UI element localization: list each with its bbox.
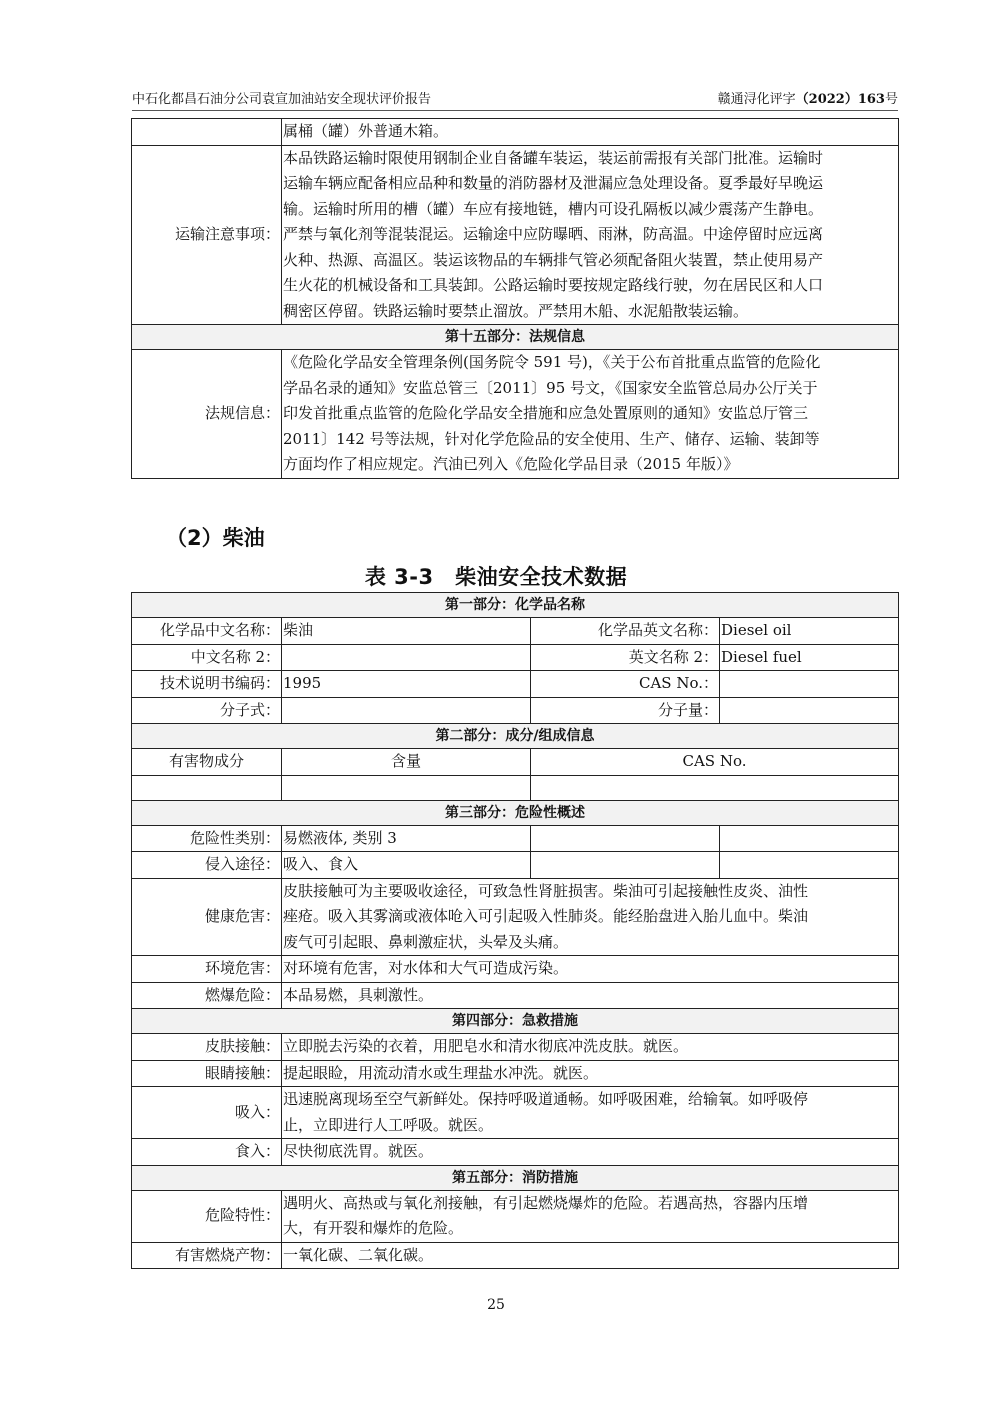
- gasoline-table-continued: 属桶（罐）外普通木箱。 运输注意事项： 本品铁路运输时限使用钢制企业自备罐车装运…: [131, 118, 899, 479]
- row-label: [132, 119, 282, 146]
- section-title: 第三部分：危险性概述: [132, 800, 899, 825]
- table-row: 皮肤接触： 立即脱去污染的衣着，用肥皂水和清水彻底冲洗皮肤。就医。: [132, 1034, 899, 1061]
- text-line: 生火花的机械设备和工具装卸。公路运输时要按规定路线行驶，勿在居民区和人口: [283, 273, 897, 299]
- row-label: 危险特性：: [132, 1190, 282, 1242]
- row-value: 吸入、食入: [282, 852, 531, 879]
- row-value: 对环境有危害，对水体和大气可造成污染。: [282, 956, 899, 983]
- row-label: 危险性类别：: [132, 825, 282, 852]
- row-value: 柴油: [282, 618, 531, 645]
- table-row: 危险特性： 遇明火、高热或与氧化剂接触，有引起燃烧爆炸的危险。若遇高热，容器内压…: [132, 1190, 899, 1242]
- row-label: 环境危害：: [132, 956, 282, 983]
- row-label: 法规信息：: [132, 350, 282, 479]
- text-line: 火种、热源、高温区。装运该物品的车辆排气管必须配备阻火装置，禁止使用易产: [283, 248, 897, 274]
- page-number: 25: [0, 1297, 992, 1313]
- table-row: [132, 775, 899, 800]
- page-header: 中石化都昌石油分公司袁宣加油站安全现状评价报告 赣通浔化评字（2022）163号: [132, 88, 898, 111]
- report-number-prefix: 赣通浔化评字: [718, 92, 796, 107]
- row-value: [720, 671, 899, 698]
- row-label: 有害燃烧产物：: [132, 1242, 282, 1269]
- row-value: 提起眼睑，用流动清水或生理盐水冲洗。就医。: [282, 1060, 899, 1087]
- row-label: 英文名称 2：: [531, 644, 720, 671]
- text-line: 大，有开裂和爆炸的危险。: [283, 1216, 897, 1242]
- transport-notes: 本品铁路运输时限使用钢制企业自备罐车装运，装运前需报有关部门批准。运输时 运输车…: [282, 145, 899, 325]
- row-label: 化学品中文名称：: [132, 618, 282, 645]
- table-row: 环境危害： 对环境有危害，对水体和大气可造成污染。: [132, 956, 899, 983]
- text-line: 学品名录的通知》安监总管三〔2011〕95 号文，《国家安全监管总局办公厅关于: [283, 376, 897, 402]
- text-line: 遇明火、高热或与氧化剂接触，有引起燃烧爆炸的危险。若遇高热，容器内压增: [283, 1191, 897, 1217]
- table-row: 眼睛接触： 提起眼睑，用流动清水或生理盐水冲洗。就医。: [132, 1060, 899, 1087]
- section-title: 第二部分：成分/组成信息: [132, 724, 899, 749]
- text-line: 皮肤接触可为主要吸收途径，可致急性肾脏损害。柴油可引起接触性皮炎、油性: [283, 879, 897, 905]
- row-value: [720, 697, 899, 724]
- text-line: 止，立即进行人工呼吸。就医。: [283, 1113, 897, 1139]
- text-line: 迅速脱离现场至空气新鲜处。保持呼吸道通畅。如呼吸困难，给输氧。如呼吸停: [283, 1087, 897, 1113]
- table-cell: [132, 775, 282, 800]
- section-title: 第十五部分：法规信息: [132, 325, 899, 350]
- row-label: 食入：: [132, 1139, 282, 1166]
- row-label: 眼睛接触：: [132, 1060, 282, 1087]
- row-value: Diesel oil: [720, 618, 899, 645]
- row-label: 分子式：: [132, 697, 282, 724]
- section-title: 第四部分：急救措施: [132, 1009, 899, 1034]
- text-line: 输。运输时所用的槽（罐）车应有接地链，槽内可设孔隔板以减少震荡产生静电。: [283, 197, 897, 223]
- text-line: 《危险化学品安全管理条例(国务院令 591 号)，《关于公布首批重点监管的危险化: [283, 350, 897, 376]
- inhalation-measures: 迅速脱离现场至空气新鲜处。保持呼吸道通畅。如呼吸困难，给输氧。如呼吸停 止，立即…: [282, 1087, 899, 1139]
- row-label: 运输注意事项：: [132, 145, 282, 325]
- row-value: 立即脱去污染的衣着，用肥皂水和清水彻底冲洗皮肤。就医。: [282, 1034, 899, 1061]
- row-value: 本品易燃，具刺激性。: [282, 982, 899, 1009]
- table-row: 技术说明书编码： 1995 CAS No.：: [132, 671, 899, 698]
- table-row: 健康危害： 皮肤接触可为主要吸收途径，可致急性肾脏损害。柴油可引起接触性皮炎、油…: [132, 878, 899, 956]
- row-label: 吸入：: [132, 1087, 282, 1139]
- row-label: 燃爆危险：: [132, 982, 282, 1009]
- table-row: 化学品中文名称： 柴油 化学品英文名称： Diesel oil: [132, 618, 899, 645]
- table-row: 燃爆危险： 本品易燃，具刺激性。: [132, 982, 899, 1009]
- text-line: 方面均作了相应规定。汽油已列入《危险化学品目录（2015 年版）》: [283, 452, 897, 478]
- table-row: 分子式： 分子量：: [132, 697, 899, 724]
- table-header-row: 有害物成分 含量 CAS No.: [132, 749, 899, 776]
- empty-cell: [720, 825, 899, 852]
- text-line: 稠密区停留。铁路运输时要禁止溜放。严禁用木船、水泥船散装运输。: [283, 299, 897, 325]
- section-header-row: 第十五部分：法规信息: [132, 325, 899, 350]
- row-value: 属桶（罐）外普通木箱。: [282, 119, 899, 146]
- row-value: [282, 644, 531, 671]
- column-header: 含量: [282, 749, 531, 776]
- report-title: 中石化都昌石油分公司袁宣加油站安全现状评价报告: [132, 88, 431, 107]
- section-title: 第一部分：化学品名称: [132, 593, 899, 618]
- row-label: 化学品英文名称：: [531, 618, 720, 645]
- table-cell: [531, 775, 899, 800]
- table-caption: 表 3-3 柴油安全技术数据: [0, 561, 992, 591]
- empty-cell: [531, 825, 720, 852]
- table-row: 法规信息： 《危险化学品安全管理条例(国务院令 591 号)，《关于公布首批重点…: [132, 350, 899, 479]
- row-value: 尽快彻底洗胃。就医。: [282, 1139, 899, 1166]
- table-row: 侵入途径： 吸入、食入: [132, 852, 899, 879]
- text-line: 运输车辆应配备相应品种和数量的消防器材及泄漏应急处理设备。夏季最好早晚运: [283, 171, 897, 197]
- row-label: 技术说明书编码：: [132, 671, 282, 698]
- row-value: 易燃液体, 类别 3: [282, 825, 531, 852]
- row-label: 皮肤接触：: [132, 1034, 282, 1061]
- table-cell: [282, 775, 531, 800]
- regulation-info: 《危险化学品安全管理条例(国务院令 591 号)，《关于公布首批重点监管的危险化…: [282, 350, 899, 479]
- row-value: Diesel fuel: [720, 644, 899, 671]
- text-line: 严禁与氧化剂等混装混运。运输途中应防曝晒、雨淋，防高温。中途停留时应远离: [283, 222, 897, 248]
- table-row: 危险性类别： 易燃液体, 类别 3: [132, 825, 899, 852]
- hazard-properties: 遇明火、高热或与氧化剂接触，有引起燃烧爆炸的危险。若遇高热，容器内压增 大，有开…: [282, 1190, 899, 1242]
- section-header-row: 第四部分：急救措施: [132, 1009, 899, 1034]
- table-row: 运输注意事项： 本品铁路运输时限使用钢制企业自备罐车装运，装运前需报有关部门批准…: [132, 145, 899, 325]
- section-header-row: 第五部分：消防措施: [132, 1165, 899, 1190]
- subheading: （2）柴油: [166, 522, 265, 552]
- row-label: 中文名称 2：: [132, 644, 282, 671]
- text-line: 痤疮。吸入其雾滴或液体呛入可引起吸入性肺炎。能经胎盘进入胎儿血中。柴油: [283, 904, 897, 930]
- row-value: 1995: [282, 671, 531, 698]
- section-header-row: 第一部分：化学品名称: [132, 593, 899, 618]
- text-line: 印发首批重点监管的危险化学品安全措施和应急处置原则的通知》安监总厅管三: [283, 401, 897, 427]
- column-header: CAS No.: [531, 749, 899, 776]
- section-title: 第五部分：消防措施: [132, 1165, 899, 1190]
- text-line: 2011〕142 号等法规，针对化学危险品的安全使用、生产、储存、运输、装卸等: [283, 427, 897, 453]
- row-label: 健康危害：: [132, 878, 282, 956]
- table-row: 属桶（罐）外普通木箱。: [132, 119, 899, 146]
- text-line: 本品铁路运输时限使用钢制企业自备罐车装运，装运前需报有关部门批准。运输时: [283, 146, 897, 172]
- column-header: 有害物成分: [132, 749, 282, 776]
- diesel-safety-table: 第一部分：化学品名称 化学品中文名称： 柴油 化学品英文名称： Diesel o…: [131, 592, 899, 1269]
- row-value: [282, 697, 531, 724]
- report-number-suffix: 号: [885, 92, 898, 107]
- section-header-row: 第二部分：成分/组成信息: [132, 724, 899, 749]
- empty-cell: [531, 852, 720, 879]
- table-row: 吸入： 迅速脱离现场至空气新鲜处。保持呼吸道通畅。如呼吸困难，给输氧。如呼吸停 …: [132, 1087, 899, 1139]
- table-row: 有害燃烧产物： 一氧化碳、二氧化碳。: [132, 1242, 899, 1269]
- row-value: 一氧化碳、二氧化碳。: [282, 1242, 899, 1269]
- report-number-year: （2022）163: [796, 92, 885, 107]
- report-number: 赣通浔化评字（2022）163号: [718, 88, 898, 107]
- empty-cell: [720, 852, 899, 879]
- health-hazard: 皮肤接触可为主要吸收途径，可致急性肾脏损害。柴油可引起接触性皮炎、油性 痤疮。吸…: [282, 878, 899, 956]
- table-row: 中文名称 2： 英文名称 2： Diesel fuel: [132, 644, 899, 671]
- row-label: CAS No.：: [531, 671, 720, 698]
- section-header-row: 第三部分：危险性概述: [132, 800, 899, 825]
- table-row: 食入： 尽快彻底洗胃。就医。: [132, 1139, 899, 1166]
- row-label: 侵入途径：: [132, 852, 282, 879]
- row-label: 分子量：: [531, 697, 720, 724]
- text-line: 废气可引起眼、鼻刺激症状，头晕及头痛。: [283, 930, 897, 956]
